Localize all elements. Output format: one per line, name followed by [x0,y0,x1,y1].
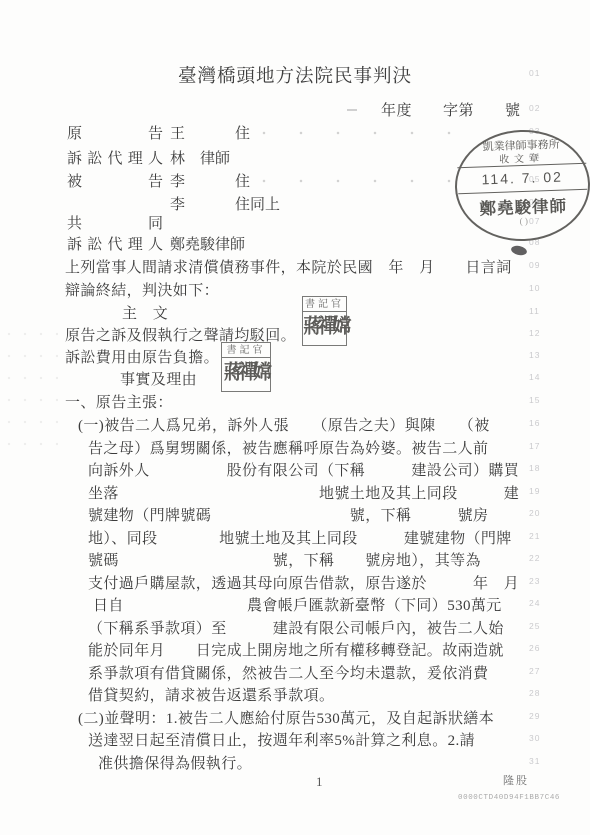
line-number: 20 [529,508,540,518]
text-line: 訴訟費用由原告負擔。 [65,346,219,367]
case-number-line: 年度 字第 號 [381,99,521,120]
text-line: (二)並聲明：1.被告二人應給付原告530萬元，及自起訴狀繕本 [78,707,494,728]
line-number: 02 [529,103,540,113]
line-number: 13 [529,350,540,360]
clerk-seal-signature: 蔣禪嫦 [303,311,345,343]
judgment-page: 臺灣橋頭地方法院民事判決 年度 字第 號 原告王住訴訟代理人林 律師被告李住李住… [0,0,590,835]
party-name: 李 [170,170,185,191]
text-line: （下稱系爭款項）至 建設有限公司帳戶內，被告二人始 [88,617,504,638]
text-line: 支付過戶購屋款，透過其母向原告借款，原告遂於 年 月 [88,572,519,593]
party-role-label: 被告 [67,170,163,191]
text-line: 日自 農會帳戶匯款新臺幣（下同）530萬元 [93,594,502,615]
page-title: 臺灣橋頭地方法院民事判決 [0,62,590,88]
line-number: 18 [529,463,540,473]
text-line: 向訴外人 股份有限公司（下稱 建設公司）購買 [88,459,519,480]
document-code: 0000CTD40D94F1BB7C46 [458,794,560,802]
text-line: 准供擔保得為假執行。 [98,752,252,773]
text-line: 地）、同段 地號土地及其上同段 建號建物（門牌 [88,527,512,548]
line-number: 28 [529,688,540,698]
party-name: 林 律師 [170,147,230,168]
party-address: 住同上 [235,193,280,214]
line-number: 19 [529,486,540,496]
text-line: 借貸契約，請求被告返還系爭款項。 [88,684,334,705]
text-line: 告之母）爲舅甥關係，被告應稱呼原告為妗婆。被告二人前 [88,437,488,458]
text-line: 能於同年月 日完成上開房地之所有權移轉登記。故兩造就 [88,639,504,660]
line-number: 23 [529,576,540,586]
line-number: 25 [529,621,540,631]
text-line: 號碼 號，下稱 號房地），其等為 [88,549,481,570]
line-number: 01 [529,68,540,78]
text-line: 號建物（門牌號碼 號，下稱 號房 [88,504,488,525]
line-number: 27 [529,666,540,676]
text-line: 辯論終結，判決如下： [65,279,219,300]
line-number: 11 [529,306,540,316]
text-line: 事實及理由 [120,368,197,389]
clerk-seal-title: 書記官 [222,343,270,358]
party-address: 住 [235,170,250,191]
party-role-label: 原告 [67,122,163,143]
party-role-label: 訴訟代理人 [67,147,163,168]
text-line: 主 文 [122,302,168,323]
party-address: 住 [235,122,250,143]
text-line: 一、原告主張： [65,391,173,412]
line-number: 29 [529,711,540,721]
clerk-seal-1: 書記官 蔣禪嫦 [302,296,347,346]
clerk-seal-signature: 蔣禪嫦 [222,357,269,389]
line-number: 12 [529,328,540,338]
text-line: 系爭款項有借貸關係，然被告二人至今均未還款，爰依消費 [88,662,488,683]
line-number: 30 [529,733,540,743]
line-number: 10 [529,283,540,293]
party-name: 王 [170,122,185,143]
line-number: 17 [529,441,540,451]
redaction-mark [347,109,357,111]
division-label: 隆股 [503,772,529,788]
text-line: 坐落 地號土地及其上同段 建 [88,482,519,503]
text-line: 上列當事人間請求清償債務事件，本院於民國 年 月 日言詞 [65,256,512,277]
line-number: 24 [529,598,540,608]
redaction-dots [262,129,477,138]
stamp-date: 114. 7. 02 [457,163,587,194]
party-name: 鄭堯駿律師 [170,233,245,254]
line-number: 21 [529,531,540,541]
party-role-label: 共同 [67,212,163,233]
line-number: 14 [529,372,540,382]
clerk-seal-title: 書記官 [303,297,346,312]
text-line: 送達翌日起至清償日止，按週年利率5%計算之利息。2.請 [88,729,475,750]
line-number: 16 [529,418,540,428]
clerk-seal-2: 書記官 蔣禪嫦 [221,342,271,392]
line-number: 15 [529,395,540,405]
page-number: 1 [316,774,323,790]
scan-artifact [6,330,58,452]
line-number: 09 [529,260,540,270]
party-role-label: 訴訟代理人 [67,233,163,254]
line-number: 22 [529,553,540,563]
text-line: (一)被告二人爲兄弟，訴外人張 （原告之夫）與陳 （被 [78,414,490,435]
line-number: 31 [529,756,540,766]
line-number: 26 [529,643,540,653]
party-name: 李 [170,193,185,214]
